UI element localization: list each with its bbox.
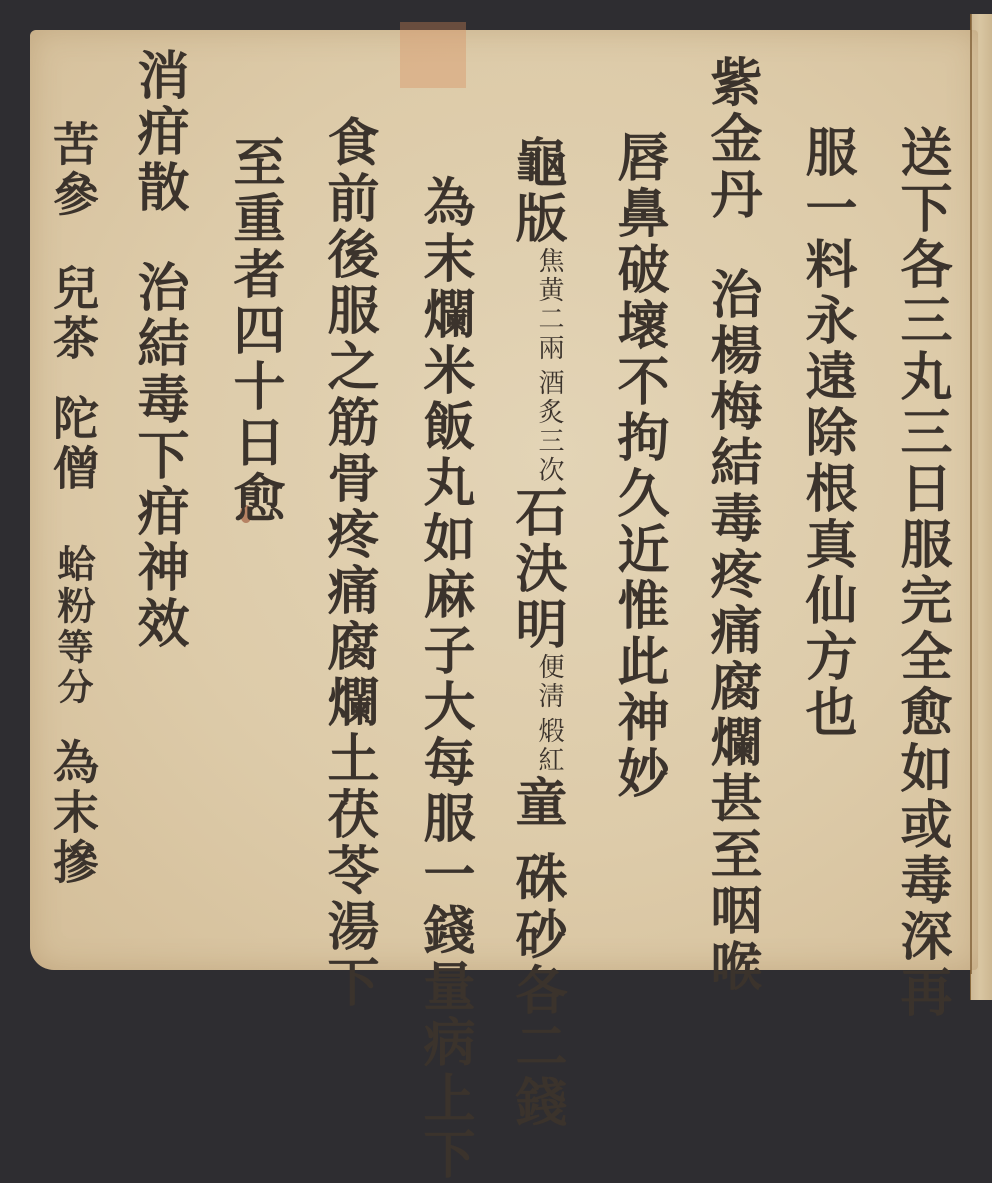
preparation-note: 煅紅便淸 [536, 653, 562, 775]
instruction-text: 為末摻 [46, 738, 100, 888]
column-text: 送下各三丸三日服完全愈如或毒深再 [891, 125, 952, 1000]
text-column-7: 食前後服之筋骨疼痛腐爛土茯苓湯下 [322, 115, 374, 1000]
column-text: 唇鼻破壞不拘久近惟此神妙 [608, 130, 669, 802]
text-column-6: 為末爛米飯丸如麻子大每服一錢量病上下 [418, 175, 470, 1000]
column-text: 治楊梅結毒疼痛腐爛甚至咽喉 [701, 267, 762, 995]
prescription-title: 消疳散 [128, 48, 189, 216]
text-column-5: 龜版酒炙三次焦黄二兩石決明煅紅便淸童硃砂各二錢 [510, 135, 562, 1000]
text-column-8: 至重者四十日愈 [228, 135, 280, 527]
binding-line [970, 14, 972, 974]
column-text: 為末爛米飯丸如麻子大每服一錢量病上下 [414, 175, 475, 1000]
ingredient-name: 苦參 [46, 120, 100, 220]
text-column-3: 紫金丹治楊梅結毒疼痛腐爛甚至咽喉 [705, 55, 757, 995]
text-column-1: 送下各三丸三日服完全愈如或毒深再 [895, 125, 947, 1000]
column-text: 服一料永遠除根真仙方也 [796, 125, 857, 741]
preparation-note: 酒炙三次焦黄二兩 [536, 247, 562, 485]
ingredient-text: 童 [506, 775, 567, 831]
ingredient-name: 蛤粉 [51, 544, 96, 628]
text-column-9: 消疳散治結毒下疳神效 [132, 48, 184, 652]
column-text: 治結毒下疳神效 [128, 260, 189, 652]
column-text: 食前後服之筋骨疼痛腐爛土茯苓湯下 [318, 115, 379, 1000]
prescription-title: 紫金丹 [701, 55, 762, 223]
proportion-text: 等分 [52, 628, 94, 708]
ingredient-name: 兒茶 [46, 264, 100, 364]
ingredient-name: 陀僧 [46, 394, 100, 494]
column-text: 至重者四十日愈 [224, 135, 285, 527]
faded-seal-stamp [400, 22, 466, 88]
ingredient-name: 龜版 [506, 135, 567, 247]
text-column-2: 服一料永遠除根真仙方也 [800, 125, 852, 741]
ingredient-name: 石決明 [506, 485, 567, 653]
text-column-4: 唇鼻破壞不拘久近惟此神妙 [612, 130, 664, 802]
ingredient-name: 硃砂各二錢 [506, 851, 567, 1000]
text-column-10: 苦參兒茶陀僧蛤粉等分為末摻 [50, 120, 96, 888]
